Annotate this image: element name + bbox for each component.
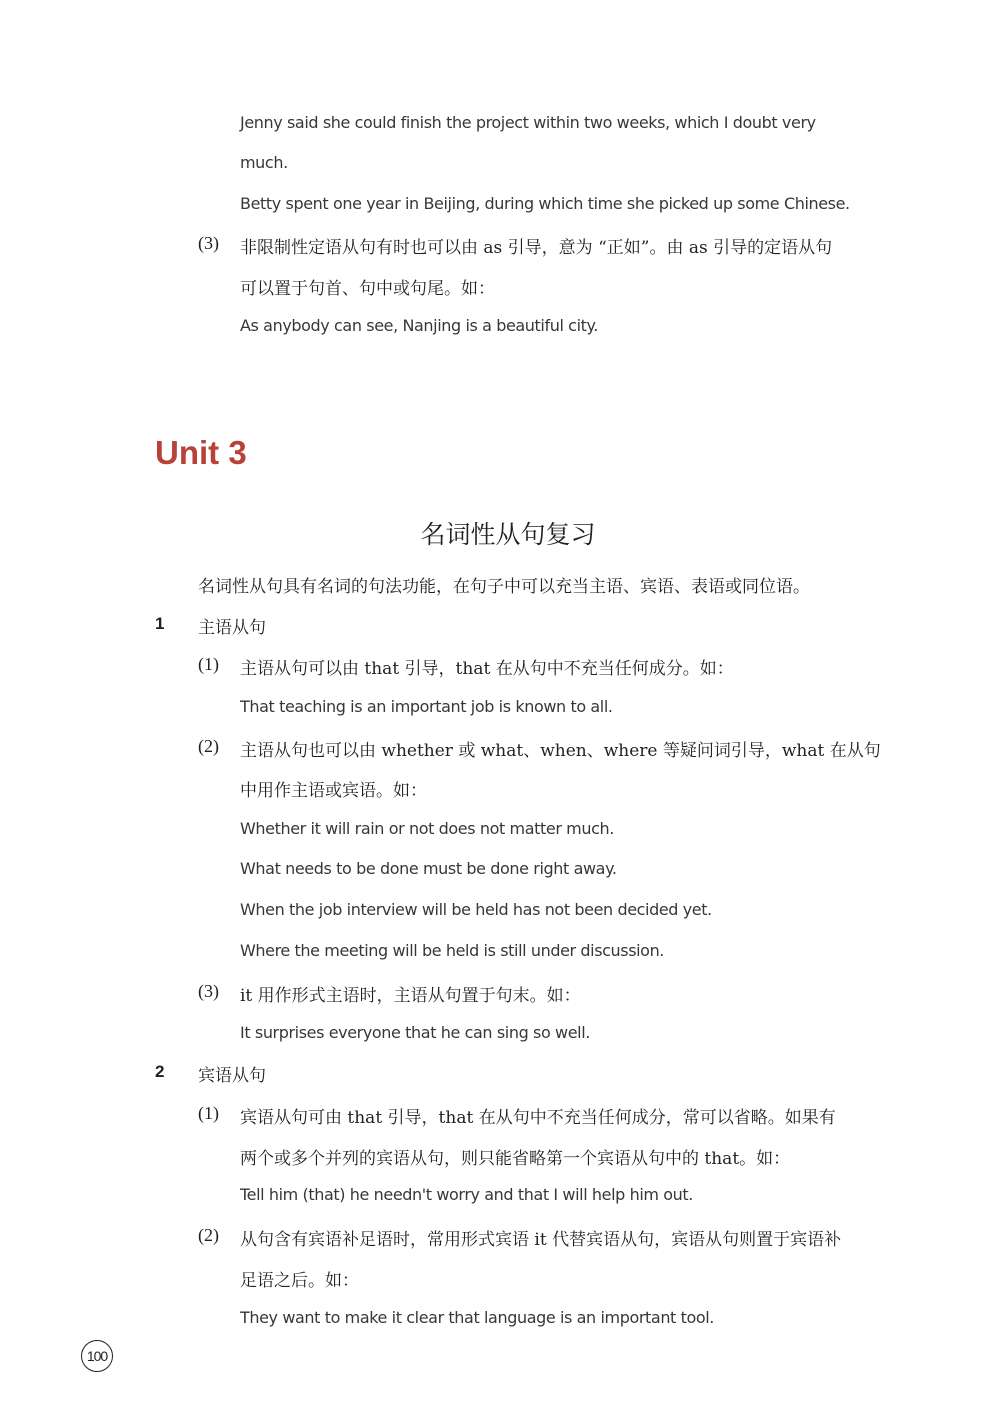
section-number: 2 — [155, 1062, 164, 1082]
rule-text: 从句含有宾语补足语时，常用形式宾语 it 代替宾语从句，宾语从句则置于宾语补 — [240, 1225, 841, 1250]
example-sentence: Jenny said she could finish the project … — [240, 113, 816, 132]
example-sentence: Tell him (that) he needn't worry and tha… — [240, 1185, 693, 1204]
rule-text: 主语从句可以由 that 引导，that 在从句中不充当任何成分。如： — [240, 654, 734, 679]
example-sentence: They want to make it clear that language… — [240, 1308, 714, 1327]
section-number: 1 — [155, 614, 164, 634]
example-sentence: Where the meeting will be held is still … — [240, 941, 664, 960]
example-sentence: Betty spent one year in Beijing, during … — [240, 194, 850, 213]
item-number: (1) — [198, 654, 219, 675]
example-sentence: That teaching is an important job is kno… — [240, 697, 613, 716]
page-title: 名词性从句复习 — [0, 515, 1000, 551]
example-sentence: What needs to be done must be done right… — [240, 859, 617, 878]
item-number: (2) — [198, 1225, 219, 1246]
section-heading: 宾语从句 — [198, 1061, 266, 1086]
rule-text: 可以置于句首、句中或句尾。如： — [240, 274, 495, 299]
example-sentence: When the job interview will be held has … — [240, 900, 712, 919]
example-sentence-continuation: much. — [240, 153, 288, 172]
rule-text: 足语之后。如： — [240, 1266, 359, 1291]
rule-text: 宾语从句可由 that 引导，that 在从句中不充当任何成分，常可以省略。如果… — [240, 1103, 836, 1128]
intro-paragraph: 名词性从句具有名词的句法功能，在句子中可以充当主语、宾语、表语或同位语。 — [198, 572, 810, 597]
page-number: 100 — [81, 1340, 113, 1372]
rule-text: it 用作形式主语时，主语从句置于句末。如： — [240, 981, 581, 1006]
rule-text: 中用作主语或宾语。如： — [240, 776, 427, 801]
rule-text: 两个或多个并列的宾语从句，则只能省略第一个宾语从句中的 that。如： — [240, 1144, 790, 1169]
item-number: (1) — [198, 1103, 219, 1124]
unit-heading: Unit 3 — [155, 434, 247, 472]
section-heading: 主语从句 — [198, 613, 266, 638]
example-sentence: It surprises everyone that he can sing s… — [240, 1023, 590, 1042]
example-sentence: As anybody can see, Nanjing is a beautif… — [240, 316, 598, 335]
item-number: (3) — [198, 233, 219, 254]
rule-text: 非限制性定语从句有时也可以由 as 引导，意为 “正如”。由 as 引导的定语从… — [240, 233, 832, 258]
example-sentence: Whether it will rain or not does not mat… — [240, 819, 614, 838]
item-number: (3) — [198, 981, 219, 1002]
item-number: (2) — [198, 736, 219, 757]
rule-text: 主语从句也可以由 whether 或 what、when、where 等疑问词引… — [240, 736, 881, 761]
